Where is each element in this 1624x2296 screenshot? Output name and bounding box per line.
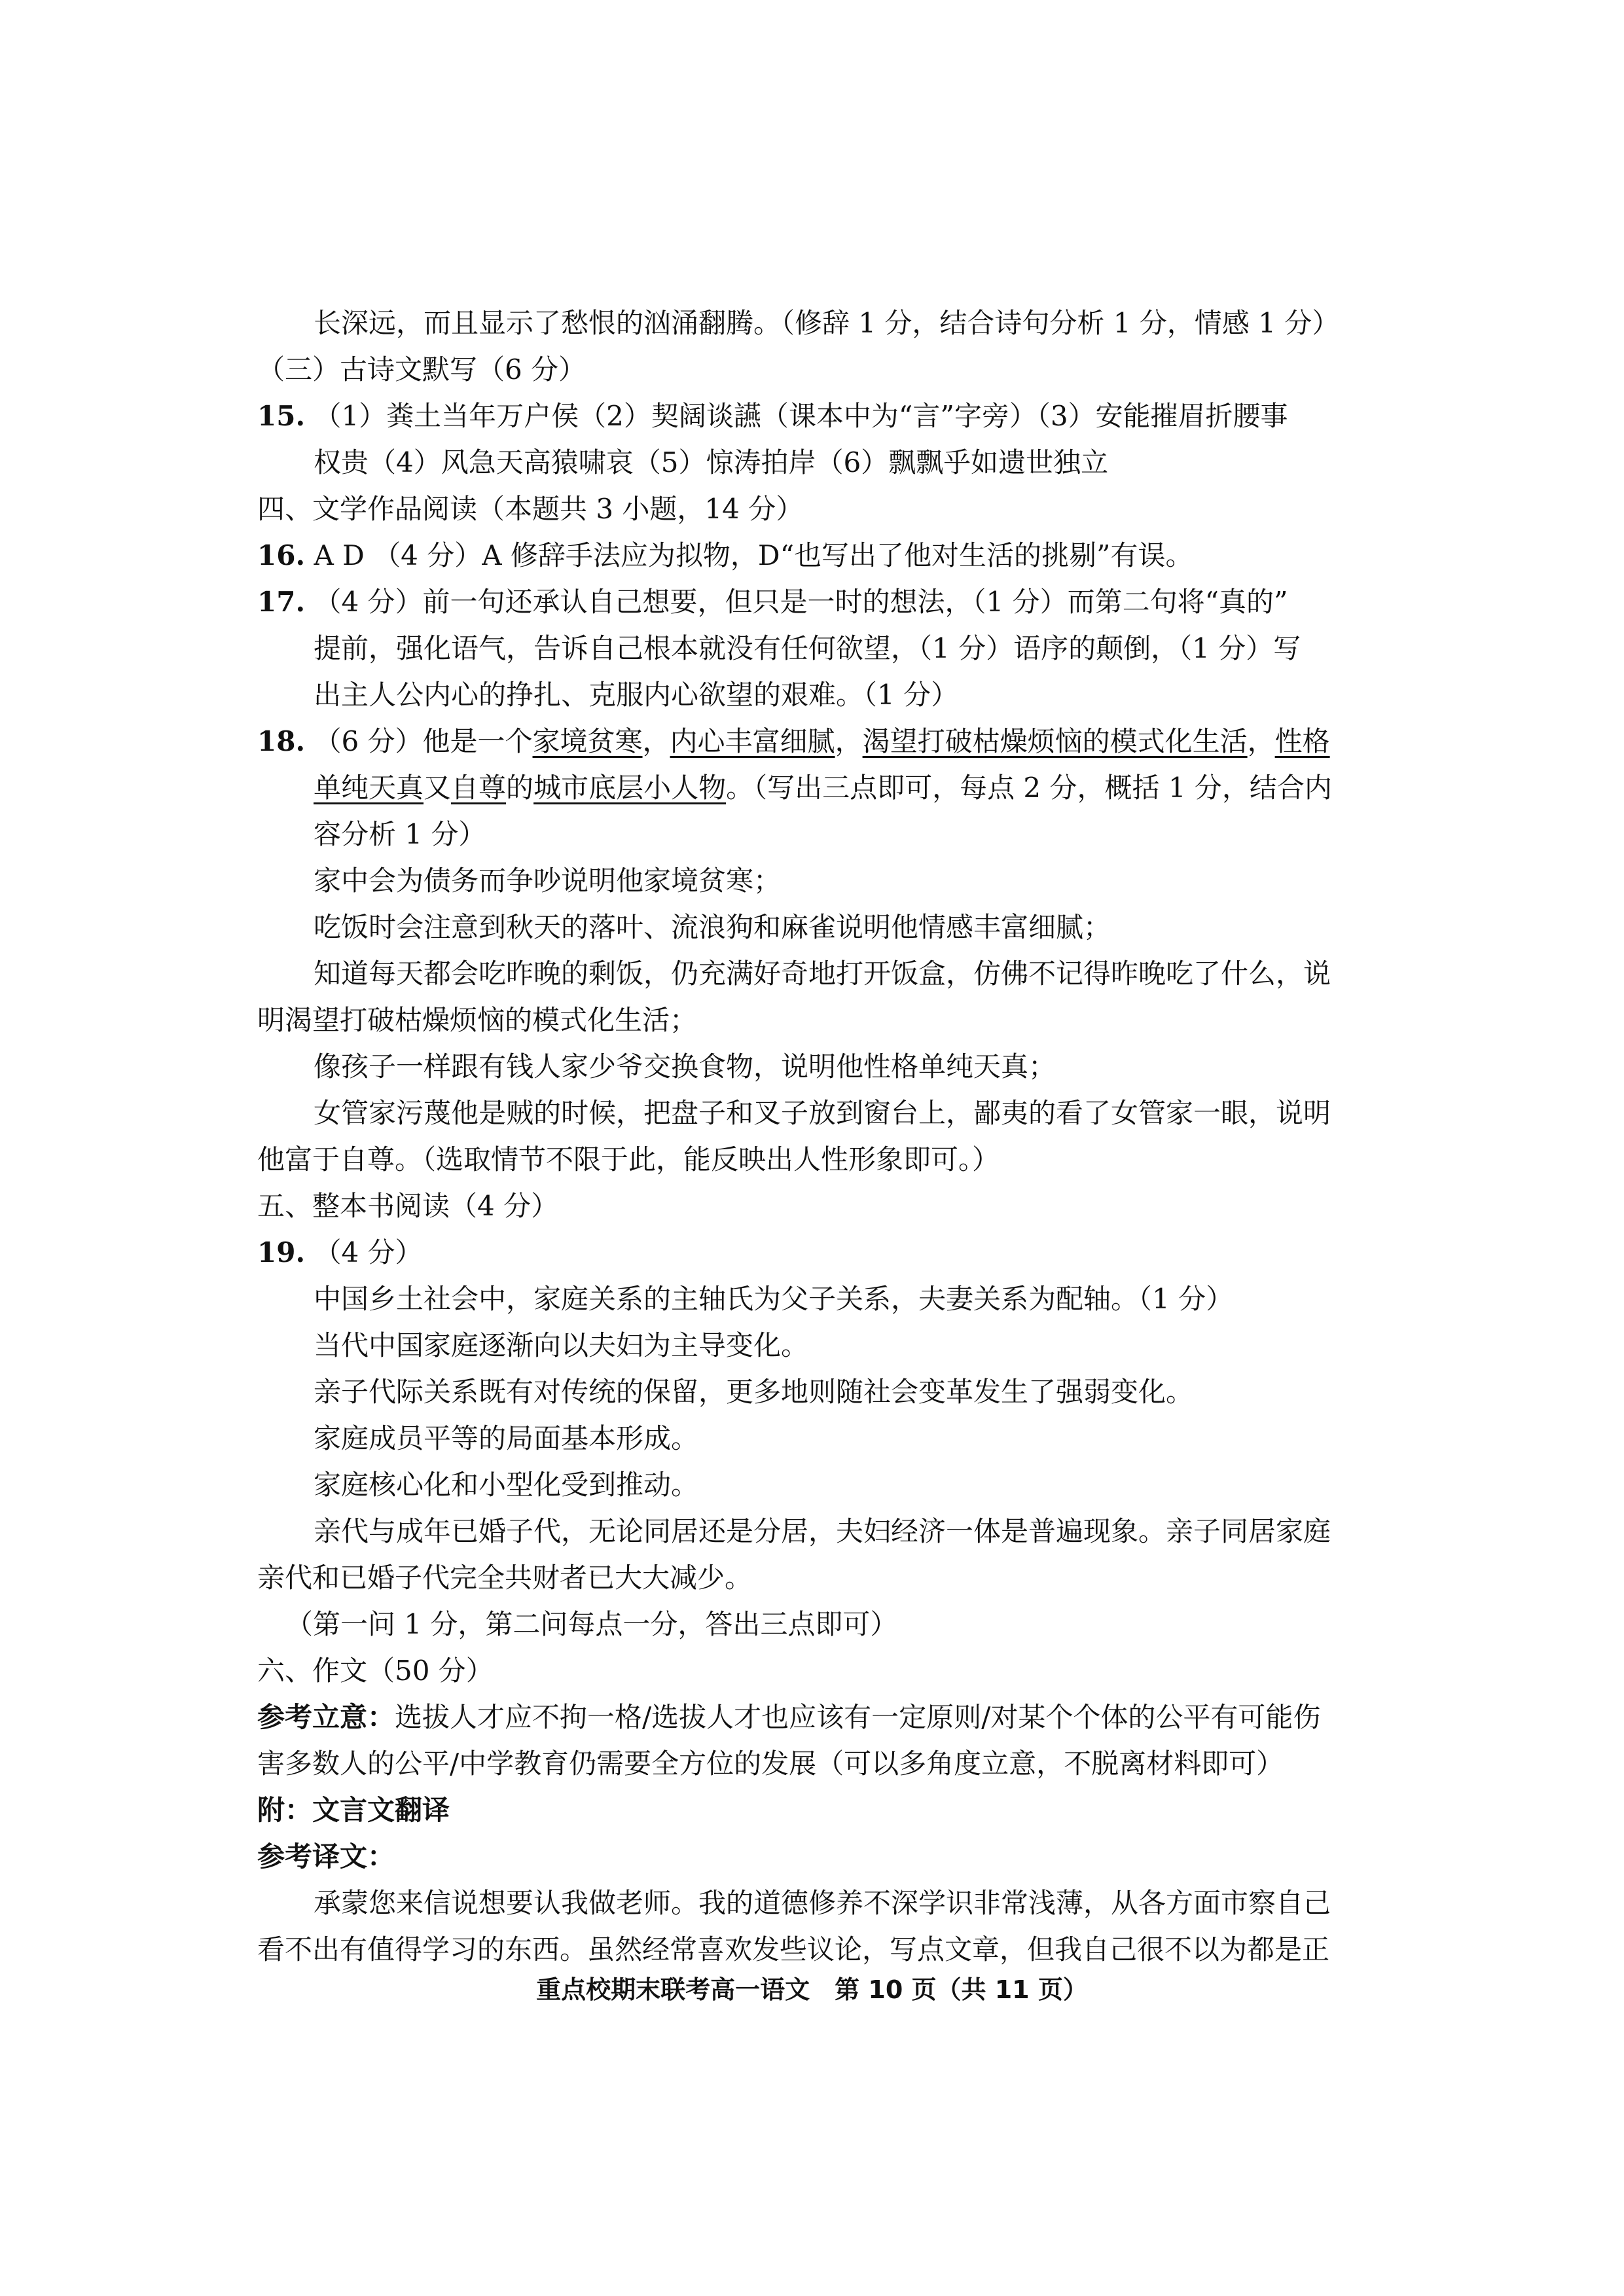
answer-text: （4 分）前一句还承认自己想要，但只是一时的想法，（1 分）而第二句将“真的”: [314, 586, 1288, 618]
underlined-keyword: 家境贫寒: [533, 725, 643, 757]
text-line: 他富于自尊。（选取情节不限于此，能反映出人性形象即可。）: [257, 1136, 1383, 1183]
section-heading-poetry-dictation: （三）古诗文默写（6 分）: [257, 346, 1383, 393]
question-15: 15. （1）粪土当年万户侯（2）契阔谈讌（课本中为“言”字旁）（3）安能摧眉折…: [257, 393, 1383, 439]
underlined-keyword: 单纯天真: [314, 772, 424, 804]
appendix-subtitle: 参考译文：: [257, 1833, 1383, 1880]
answer-part: ，: [643, 725, 670, 757]
answer-part: （6 分）他是一个: [314, 725, 532, 757]
text-line: 家庭成员平等的局面基本形成。: [257, 1415, 1383, 1462]
page-content: 长深远，而且显示了愁恨的汹涌翻腾。（修辞 1 分，结合诗句分析 1 分，情感 1…: [257, 300, 1383, 1973]
question-16: 16. A D （4 分）A 修辞手法应为拟物，D“也写出了他对生活的挑剔”有误…: [257, 532, 1383, 579]
text-line: 家庭核心化和小型化受到推动。: [257, 1462, 1383, 1508]
scoring-note: （第一问 1 分，第二问每点一分，答出三点即可）: [257, 1601, 1383, 1647]
essay-reference-idea: 参考立意：选拔人才应不拘一格/选拔人才也应该有一定原则/对某个个体的公平有可能伤: [257, 1694, 1383, 1740]
underlined-keyword: 内心丰富细腻: [670, 725, 835, 757]
underlined-keyword: 城市底层小人物: [533, 772, 726, 804]
section-heading-whole-book-reading: 五、整本书阅读（4 分）: [257, 1183, 1383, 1229]
appendix-title: 附：文言文翻译: [257, 1787, 1383, 1833]
text-line: 容分析 1 分）: [257, 811, 1383, 857]
answer-part: 又: [424, 772, 451, 804]
answer-part: ，: [835, 725, 863, 757]
answer-part: 。（写出三点即可，每点 2 分，概括 1 分，结合内: [726, 772, 1332, 804]
page-footer: 重点校期末联考高一语文 第 10 页（共 11 页）: [0, 1970, 1624, 2009]
text-line: 亲代和已婚子代完全共财者已大大减少。: [257, 1554, 1383, 1601]
translation-text: 看不出有值得学习的东西。虽然经常喜欢发些议论，写点文章，但我自己很不以为都是正: [257, 1926, 1383, 1973]
text-line: 知道每天都会吃昨晚的剩饭，仍充满好奇地打开饭盒，仿佛不记得昨晚吃了什么，说: [257, 950, 1383, 997]
text-line: 出主人公内心的挣扎、克服内心欲望的艰难。（1 分）: [257, 672, 1383, 718]
essay-text: 选拔人才应不拘一格/选拔人才也应该有一定原则/对某个个体的公平有可能伤: [395, 1701, 1320, 1733]
question-19: 19. （4 分）: [257, 1229, 1383, 1276]
underlined-keyword: 渴望打破枯燥烦恼的模式化生活: [863, 725, 1248, 757]
question-number: 19.: [257, 1236, 305, 1268]
translation-text: 承蒙您来信说想要认我做老师。我的道德修养不深学识非常浅薄，从各方面市察自己: [257, 1880, 1383, 1926]
answer-key-page: 长深远，而且显示了愁恨的汹涌翻腾。（修辞 1 分，结合诗句分析 1 分，情感 1…: [0, 0, 1624, 2296]
essay-label: 参考立意：: [257, 1701, 395, 1733]
text-line: 吃饭时会注意到秋天的落叶、流浪狗和麻雀说明他情感丰富细腻；: [257, 904, 1383, 950]
text-line: 亲代与成年已婚子代，无论同居还是分居，夫妇经济一体是普遍现象。亲子同居家庭: [257, 1508, 1383, 1554]
section-heading-essay: 六、作文（50 分）: [257, 1647, 1383, 1694]
underlined-keyword: 性格: [1275, 725, 1330, 757]
question-number: 15.: [257, 400, 305, 432]
question-number: 16.: [257, 539, 305, 571]
answer-part: 的: [506, 772, 533, 804]
section-heading-literature-reading: 四、文学作品阅读（本题共 3 小题，14 分）: [257, 486, 1383, 532]
text-line: 提前，强化语气，告诉自己根本就没有任何欲望，（1 分）语序的颠倒，（1 分）写: [257, 625, 1383, 672]
text-line: 权贵（4）风急天高猿啸哀（5）惊涛拍岸（6）飘飘乎如遗世独立: [257, 439, 1383, 486]
answer-text: （4 分）: [314, 1236, 422, 1268]
answer-part: ，: [1248, 725, 1275, 757]
text-line: 女管家污蔑他是贼的时候，把盘子和叉子放到窗台上，鄙夷的看了女管家一眼，说明: [257, 1090, 1383, 1136]
question-number: 17.: [257, 586, 305, 618]
answer-text: A D （4 分）A 修辞手法应为拟物，D“也写出了他对生活的挑剔”有误。: [314, 539, 1193, 571]
underlined-keyword: 自尊: [451, 772, 506, 804]
text-line: 当代中国家庭逐渐向以夫妇为主导变化。: [257, 1322, 1383, 1369]
text-line: 像孩子一样跟有钱人家少爷交换食物，说明他性格单纯天真；: [257, 1043, 1383, 1090]
question-17: 17. （4 分）前一句还承认自己想要，但只是一时的想法，（1 分）而第二句将“…: [257, 579, 1383, 625]
answer-text: （1）粪土当年万户侯（2）契阔谈讌（课本中为“言”字旁）（3）安能摧眉折腰事: [314, 400, 1288, 432]
question-number: 18.: [257, 725, 305, 757]
question-18: 18. （6 分）他是一个家境贫寒，内心丰富细腻，渴望打破枯燥烦恼的模式化生活，…: [257, 718, 1383, 764]
text-line: 亲子代际关系既有对传统的保留，更多地则随社会变革发生了强弱变化。: [257, 1369, 1383, 1415]
text-line: 长深远，而且显示了愁恨的汹涌翻腾。（修辞 1 分，结合诗句分析 1 分，情感 1…: [257, 300, 1383, 346]
text-line: 中国乡土社会中，家庭关系的主轴氏为父子关系，夫妻关系为配轴。（1 分）: [257, 1276, 1383, 1322]
text-line: 明渴望打破枯燥烦恼的模式化生活；: [257, 997, 1383, 1043]
text-line: 家中会为债务而争吵说明他家境贫寒；: [257, 857, 1383, 904]
text-line: 害多数人的公平/中学教育仍需要全方位的发展（可以多角度立意，不脱离材料即可）: [257, 1740, 1383, 1787]
text-line: 单纯天真又自尊的城市底层小人物。（写出三点即可，每点 2 分，概括 1 分，结合…: [257, 764, 1383, 811]
